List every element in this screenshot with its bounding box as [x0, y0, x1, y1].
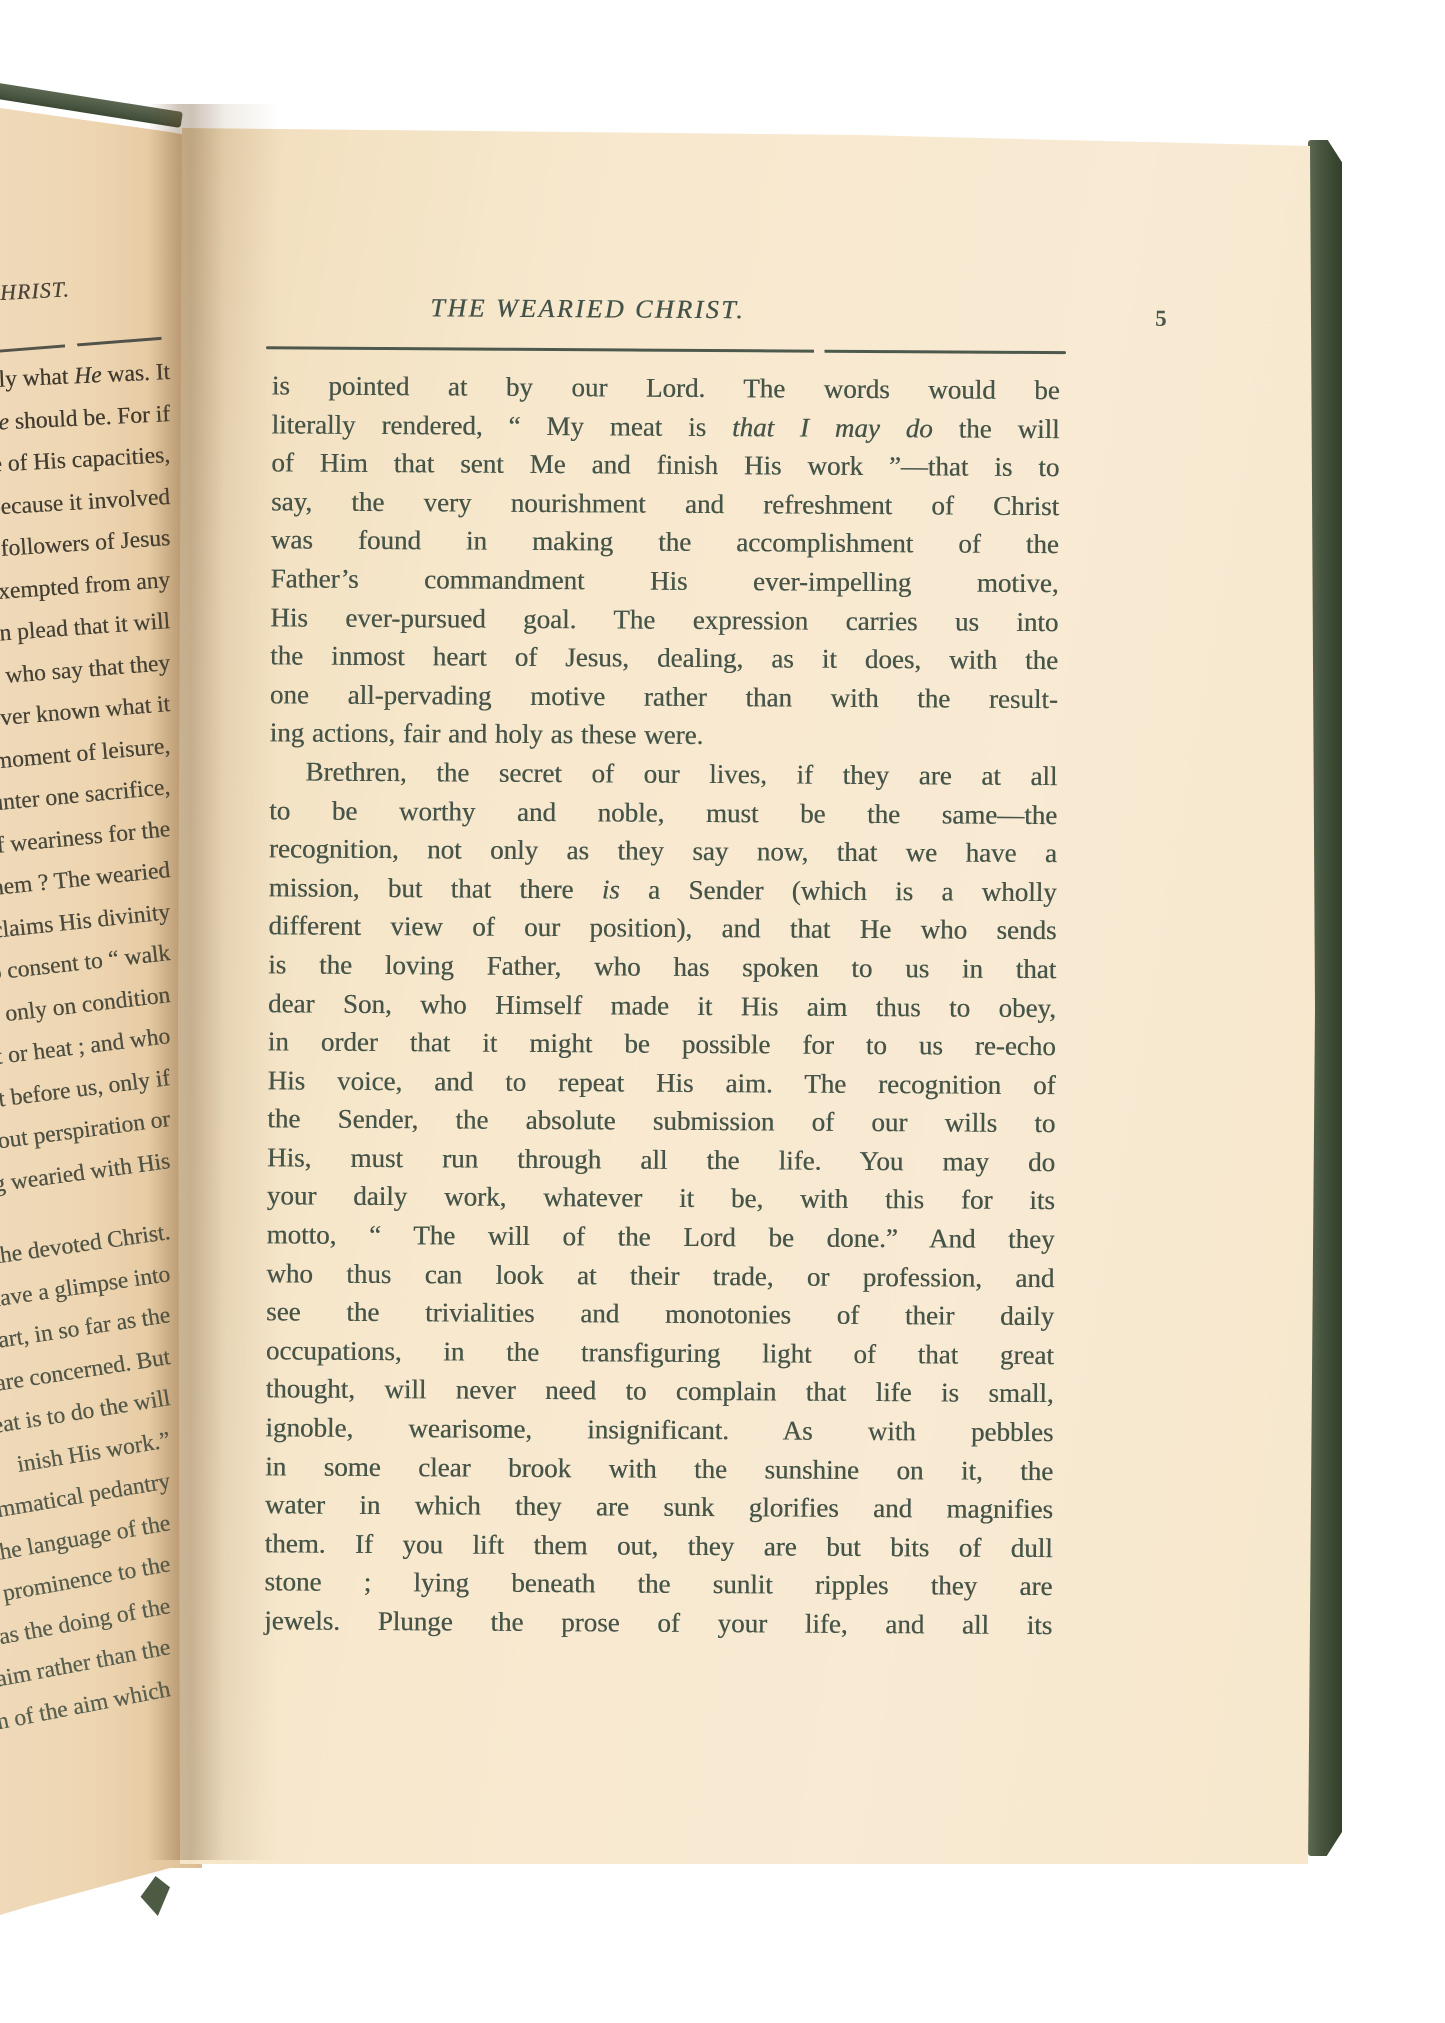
text-line: who thus can look at their trade, or pro…	[266, 1254, 1054, 1297]
text-line: thought, will never need to complain tha…	[266, 1370, 1054, 1413]
text-line: see the trivialities and monotonies of t…	[266, 1293, 1054, 1336]
text-line: water in which they are sunk glorifies a…	[265, 1486, 1053, 1529]
left-page: HRIST. ly what He was. Itwe should be. F…	[0, 100, 202, 1922]
text-line: say, the very nourishment and refreshmen…	[271, 482, 1059, 525]
text-line: Father’s commandment His ever-impelling …	[270, 559, 1058, 602]
text-line: your daily work, whatever it be, with th…	[267, 1177, 1055, 1220]
text-line: the Sender, the absolute submission of o…	[267, 1100, 1055, 1143]
text-line: Brethren, the secret of our lives, if th…	[269, 752, 1057, 795]
text-line: of Him that sent Me and finish His work …	[271, 444, 1059, 487]
text-line: His, must run through all the life. You …	[267, 1138, 1055, 1181]
text-line: is the loving Father, who has spoken to …	[268, 945, 1056, 988]
left-page-header-rule	[0, 336, 172, 353]
text-line: is pointed at by our Lord. The words wou…	[272, 366, 1060, 409]
text-line: dear Son, who Himself made it His aim th…	[268, 984, 1056, 1027]
text-line: His voice, and to repeat His aim. The re…	[267, 1061, 1055, 1104]
right-page-lines: is pointed at by our Lord. The words wou…	[264, 366, 1060, 1644]
text-line: different view of our position), and tha…	[268, 907, 1056, 950]
text-line: them. If you lift them out, they are but…	[265, 1524, 1053, 1567]
text-line: stone ; lying beneath the sunlit ripples…	[264, 1563, 1052, 1606]
book-cover-bottom-sliver	[138, 1876, 170, 1916]
page-header-title: THE WEARIED CHRIST.	[415, 293, 760, 325]
text-line: occupations, in the transfiguring light …	[266, 1331, 1054, 1374]
text-line: motto, “ The will of the Lord be done.” …	[266, 1215, 1054, 1258]
header-rule	[266, 346, 1066, 354]
text-line: literally rendered, “ My meat is that I …	[271, 405, 1059, 448]
text-line: jewels. Plunge the prose of your life, a…	[264, 1601, 1052, 1644]
text-line: in some clear brook with the sunshine on…	[265, 1447, 1053, 1490]
text-line: recognition, not only as they say now, t…	[269, 829, 1057, 872]
text-line: His ever-pursued goal. The expression ca…	[270, 598, 1058, 641]
text-line: in order that it might be possible for t…	[268, 1022, 1056, 1065]
left-page-lines: ly what He was. Itwe should be. For ifed…	[0, 352, 170, 1710]
text-line: ing actions, fair and holy as these were…	[270, 714, 1058, 757]
text-line: ignoble, wearisome, insignificant. As wi…	[265, 1408, 1053, 1451]
text-line: the inmost heart of Jesus, dealing, as i…	[270, 636, 1058, 679]
text-line: to be worthy and noble, must be the same…	[269, 791, 1057, 834]
right-page-content: THE WEARIED CHRIST. 5 is pointed at by o…	[151, 108, 1354, 1890]
right-page: THE WEARIED CHRIST. 5 is pointed at by o…	[160, 108, 1352, 1883]
text-line: was found in making the accomplishment o…	[271, 521, 1059, 564]
text-line: one all-pervading motive rather than wit…	[270, 675, 1058, 718]
left-page-header-fragment: HRIST.	[0, 276, 71, 306]
text-line: mission, but that there is a Sender (whi…	[269, 868, 1057, 911]
book-photo: HRIST. ly what He was. Itwe should be. F…	[0, 0, 1445, 2023]
page-number: 5	[1155, 306, 1167, 332]
